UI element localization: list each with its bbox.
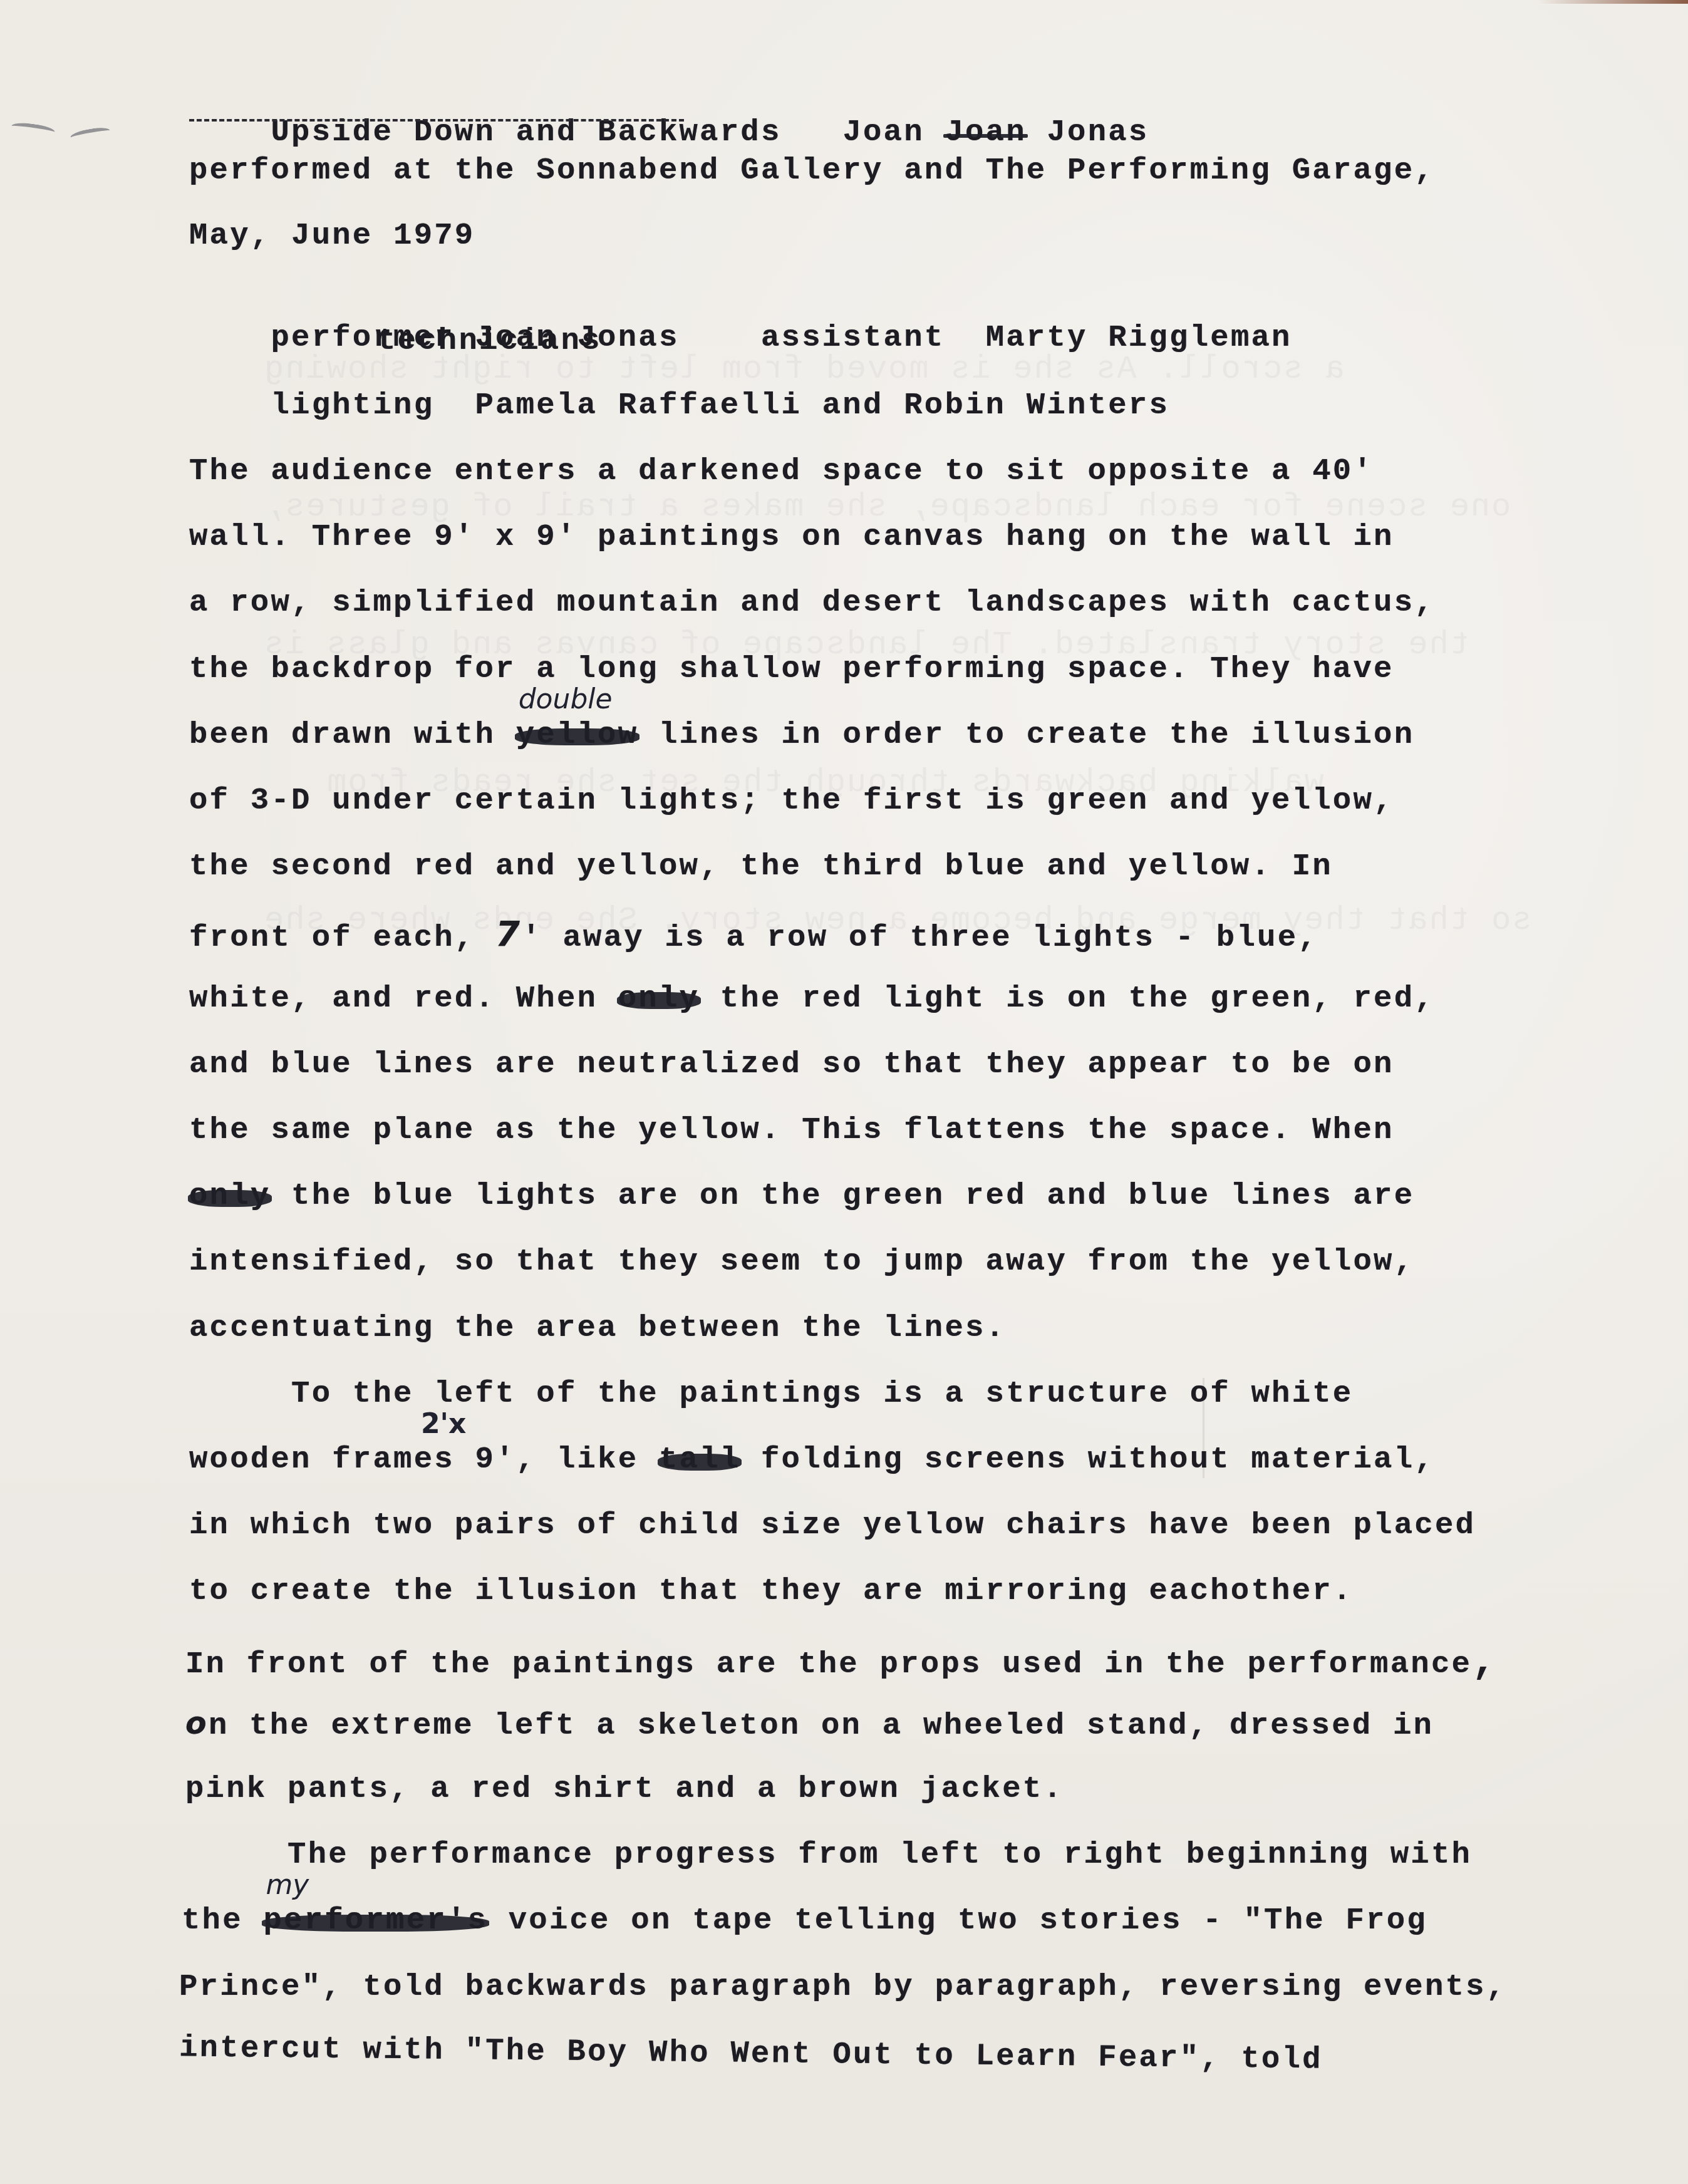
lighting-label: lighting: [271, 388, 434, 423]
body-line: the second red and yellow, the third blu…: [189, 851, 1333, 882]
body-line: accentuating the area between the lines.: [189, 1313, 1006, 1343]
body-line: intercut with "The Boy Who Went Out to L…: [179, 2032, 1323, 2075]
struck-text: Joan: [945, 117, 1026, 148]
handwritten-insertion: my: [266, 1869, 309, 1901]
struck-text: performer's: [263, 1905, 488, 1936]
body-line: to create the illusion that they are mir…: [189, 1576, 1353, 1607]
body-line: on the extreme left a skeleton on a whee…: [185, 1708, 1434, 1741]
staple: [11, 121, 56, 137]
struck-text: only: [618, 983, 700, 1014]
author-first-name: Joan: [842, 115, 924, 150]
handwritten-insertion: 2'x: [421, 1408, 466, 1440]
lighting-names: Pamela Raffaelli and Robin Winters: [475, 388, 1169, 423]
date-line: May, June 1979: [189, 220, 475, 251]
assistant-label: assistant: [761, 320, 945, 355]
body-line: been drawn with yellow lines in order to…: [189, 720, 1414, 750]
body-line: pink pants, a red shirt and a brown jack…: [185, 1774, 1064, 1804]
body-line: Prince", told backwards paragraph by par…: [179, 1972, 1506, 2002]
body-line: wooden frames 9', like tall folding scre…: [189, 1444, 1435, 1475]
assistant-name: Marty Riggleman: [986, 320, 1292, 355]
struck-text: tall: [659, 1444, 740, 1475]
body-line: in which two pairs of child size yellow …: [189, 1510, 1476, 1541]
body-line: only the blue lights are on the green re…: [189, 1181, 1414, 1211]
venue-line: performed at the Sonnabend Gallery and T…: [189, 155, 1435, 186]
body-line: a row, simplified mountain and desert la…: [189, 587, 1435, 618]
struck-text: only: [189, 1181, 271, 1211]
body-line: the backdrop for a long shallow performi…: [189, 654, 1394, 685]
body-line: front of each, 7' away is a row of three…: [189, 917, 1318, 953]
body-line: the same plane as the yellow. This flatt…: [189, 1115, 1394, 1146]
body-line: The audience enters a darkened space to …: [189, 456, 1374, 487]
body-line: of 3-D under certain lights; the first i…: [189, 785, 1394, 816]
author-last-name: Jonas: [1047, 115, 1149, 150]
handwritten-comma: ,: [1472, 1640, 1498, 1685]
technicians-label: technicians: [377, 326, 602, 356]
page-edge: [1538, 0, 1688, 4]
body-line: the performer's voice on tape telling tw…: [182, 1905, 1427, 1936]
body-line: wall. Three 9' x 9' paintings on canvas …: [189, 522, 1394, 552]
body-line: To the left of the paintings is a struct…: [189, 1379, 1353, 1409]
struck-text: yellow: [516, 720, 639, 750]
handwritten-number: 7: [495, 914, 522, 955]
body-line: In front of the paintings are the props …: [185, 1642, 1498, 1682]
body-line: The performance progress from left to ri…: [185, 1840, 1472, 1870]
paper-page: a scroll. As she is moved from left to r…: [0, 0, 1688, 2184]
staple: [70, 126, 111, 143]
handwritten-letter: o: [185, 1705, 209, 1741]
body-line: intensified, so that they seem to jump a…: [189, 1246, 1414, 1277]
body-line: white, and red. When only the red light …: [189, 983, 1435, 1014]
handwritten-insertion: double: [519, 683, 613, 715]
body-line: and blue lines are neutralized so that t…: [189, 1049, 1394, 1080]
credits-lighting-row: lighting Pamela Raffaelli and Robin Wint…: [189, 360, 1169, 452]
title-underline: [189, 119, 684, 122]
